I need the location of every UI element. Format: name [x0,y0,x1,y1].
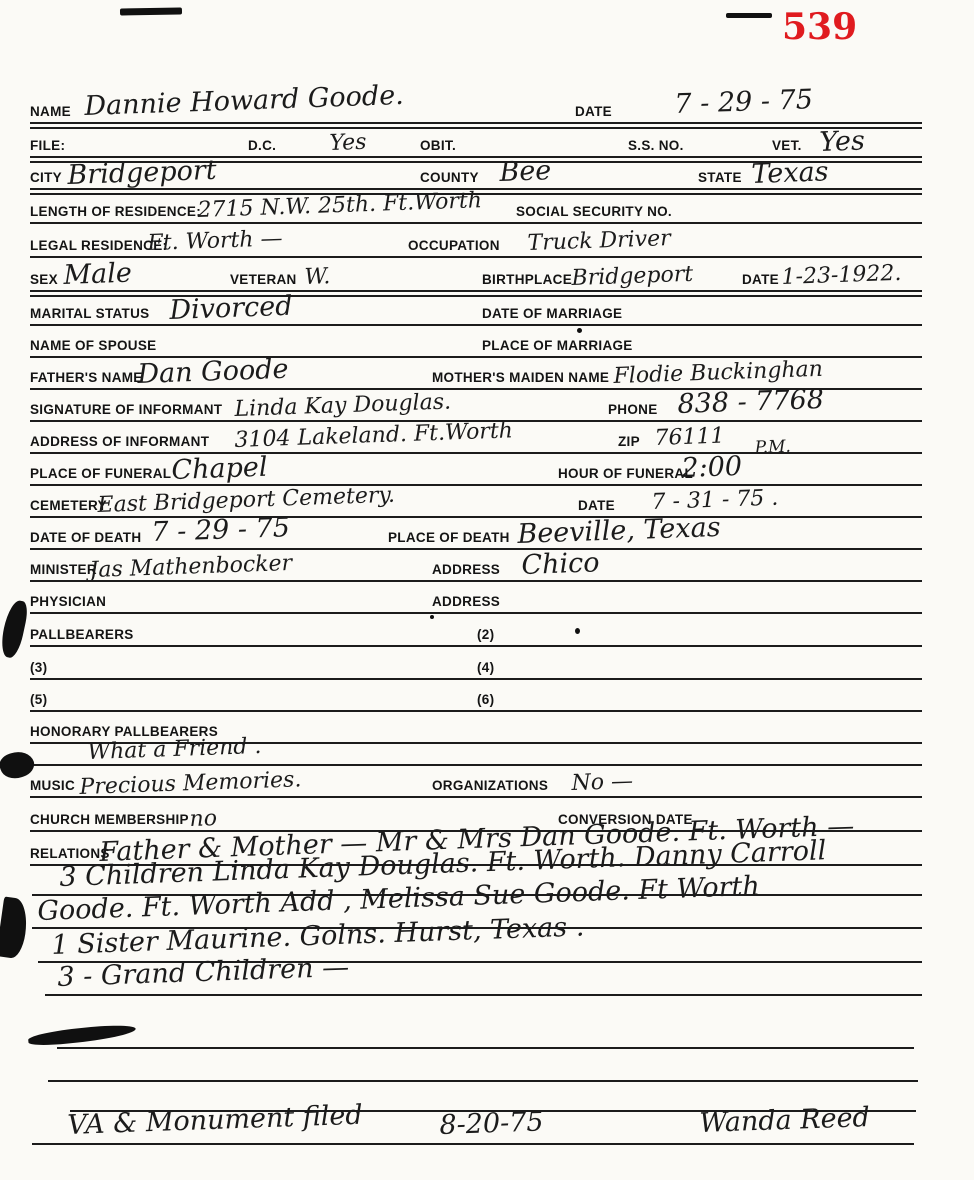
funeral-record-form: 539 NAME Dannie Howard Goode. DATE 7 - 2… [0,0,974,1180]
residence-value: 2715 N.W. 25th. Ft.Worth [197,188,482,223]
funeral-hour-suffix: P.M. [754,437,791,458]
vet-label: VET. [772,138,802,153]
organizations-value: No — [571,769,633,796]
row-pallbearers: PALLBEARERS (2) [30,611,922,647]
page-number: 539 [782,6,857,48]
burial-date-value: 7 - 31 - 75 . [651,486,779,515]
pallbearers-label: PALLBEARERS [30,627,134,642]
father-value: Dan Goode [137,354,289,390]
footer-rule [32,1143,914,1145]
speck-2 [430,615,434,619]
death-date-value: 7 - 29 - 75 [151,512,290,548]
informant-label: SIGNATURE OF INFORMANT [30,402,222,417]
county-value: Bee [499,155,552,188]
city-label: CITY [30,170,62,185]
name-value: Dannie Howard Goode. [84,80,404,122]
county-label: COUNTY [420,170,479,185]
row-legal: LEGAL RESIDENCE: Ft. Worth — OCCUPATION … [30,222,922,258]
mother-label: MOTHER'S MAIDEN NAME [432,370,609,385]
row-death: DATE OF DEATH 7 - 29 - 75 PLACE OF DEATH… [30,514,922,550]
minister-address-value: Chico [521,547,600,581]
blank-rule-1 [57,1047,914,1049]
state-value: Texas [751,156,829,190]
occupation-label: OCCUPATION [408,238,500,253]
death-place-value: Beeville, Texas [517,512,721,550]
birthdate-label: DATE [742,272,779,287]
dc-label: D.C. [248,138,276,153]
speck-1 [577,328,582,333]
dc-value: Yes [329,130,367,156]
marriage-place-label: PLACE OF MARRIAGE [482,338,633,353]
veteran-label: VETERAN [230,272,297,287]
physician-address-label: ADDRESS [432,594,500,609]
music-line1: What a Friend . [87,734,262,765]
sex-value: Male [63,258,132,291]
date-value: 7 - 29 - 75 [674,84,813,120]
organizations-label: ORGANIZATIONS [432,778,548,793]
church-label: CHURCH MEMBERSHIP [30,812,189,827]
funeral-hour-value: 2:00 [681,451,743,484]
social-label: SOCIAL SECURITY NO. [516,204,672,219]
funeral-hour-label: HOUR OF FUNERAL [558,466,693,481]
scan-mark-left [120,7,182,15]
minister-address-label: ADDRESS [432,562,500,577]
marital-value: Divorced [169,291,293,326]
marriage-date-label: DATE OF MARRIAGE [482,306,622,321]
ink-blot-left [0,599,30,660]
pallbearer3-label: (3) [30,660,47,675]
burial-date-label: DATE [578,498,615,513]
residence-label: LENGTH OF RESIDENCE: [30,204,201,219]
name-label: NAME [30,104,71,119]
church-value: no [189,806,217,832]
speck-3 [575,628,580,634]
file-label: FILE: [30,138,65,153]
informant-address-label: ADDRESS OF INFORMANT [30,434,209,449]
sex-label: SEX [30,272,58,287]
relations-label: RELATIONS [30,846,110,861]
cemetery-label: CEMETERY [30,498,107,513]
physician-label: PHYSICIAN [30,594,106,609]
row-residence: LENGTH OF RESIDENCE: 2715 N.W. 25th. Ft.… [30,188,922,224]
row-minister: MINISTER Jas Mathenbocker ADDRESS Chico [30,546,922,582]
row-cemetery: CEMETERY East Bridgeport Cemetery. DATE … [30,482,922,518]
veteran-value: W. [304,264,331,290]
footer-note: VA & Monument filed [67,1100,363,1141]
minister-label: MINISTER [30,562,97,577]
relations-rule-5 [45,994,922,996]
row-sex: SEX Male VETERAN W. BIRTHPLACE Bridgepor… [30,256,922,292]
state-label: STATE [698,170,742,185]
row-city: CITY Bridgeport COUNTY Bee STATE Texas [30,154,922,190]
music-label: MUSIC [30,778,75,793]
legal-value: Ft. Worth — [147,226,283,256]
footer-note-date: 8-20-75 [439,1106,544,1141]
birthplace-value: Bridgeport [571,262,693,291]
informant-address-value: 3104 Lakeland. Ft.Worth [234,418,513,453]
ssno-label: S.S. NO. [628,138,684,153]
father-label: FATHER'S NAME [30,370,143,385]
pallbearer5-label: (5) [30,692,47,707]
row-funeral: PLACE OF FUNERAL Chapel HOUR OF FUNERAL … [30,450,922,486]
row-name: NAME Dannie Howard Goode. DATE 7 - 29 - … [30,88,922,124]
zip-label: ZIP [618,434,640,449]
birthdate-value: 1-23-1922. [781,261,902,290]
pallbearer6-label: (6) [477,692,494,707]
funeral-place-value: Chapel [171,452,268,486]
pallbearer2-label: (2) [477,627,494,642]
row-pallbearers-56: (5) (6) [30,676,922,712]
obit-label: OBIT. [420,138,456,153]
torn-edge-upper [0,896,30,959]
spouse-label: NAME OF SPOUSE [30,338,156,353]
footer-signature: Wanda Reed [699,1102,870,1139]
marital-label: MARITAL STATUS [30,306,149,321]
row-marital: MARITAL STATUS Divorced DATE OF MARRIAGE [30,290,922,326]
phone-value: 838 - 7768 [677,384,825,420]
row-pallbearers-34: (3) (4) [30,644,922,680]
row-file: FILE: D.C. Yes OBIT. S.S. NO. VET. Yes [30,122,922,158]
funeral-place-label: PLACE OF FUNERAL [30,466,171,481]
pallbearer4-label: (4) [477,660,494,675]
row-physician: PHYSICIAN ADDRESS [30,578,922,614]
torn-edge-lower [28,1022,137,1047]
row-informant: SIGNATURE OF INFORMANT Linda Kay Douglas… [30,386,922,422]
death-place-label: PLACE OF DEATH [388,530,510,545]
city-value: Bridgeport [67,155,217,191]
row-music: MUSIC Precious Memories. ORGANIZATIONS N… [30,762,922,798]
blank-rule-2 [48,1080,918,1082]
phone-label: PHONE [608,402,658,417]
row-spouse: NAME OF SPOUSE PLACE OF MARRIAGE [30,322,922,358]
death-date-label: DATE OF DEATH [30,530,141,545]
date-label: DATE [575,104,612,119]
birthplace-label: BIRTHPLACE [482,272,572,287]
occupation-value: Truck Driver [527,226,671,256]
zip-value: 76111 [654,424,725,451]
scan-mark-right [726,13,772,18]
